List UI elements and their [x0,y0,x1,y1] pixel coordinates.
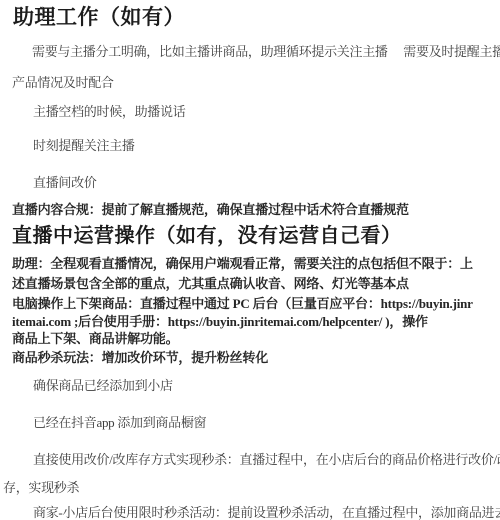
document-page: 助理工作（如有） 需要与主播分工明确，比如主播讲商品，助理循环提示关注主播 需要… [0,0,500,520]
seckill-method-line-2: 存，实现秒杀 [3,480,79,496]
assistant-duty-line-2: 产品情况及时配合 [12,75,114,91]
assistant-duty-speak: 主播空档的时候，助播说话 [33,104,185,120]
merchant-seckill-line: 商家-小店后台使用限时秒杀活动：提前设置秒杀活动，在直播过程中，添加商品进去 [33,505,500,520]
operation-detail-line-3: 电脑操作上下架商品：直播过程中通过 PC 后台（巨量百应平台：https://b… [12,296,473,312]
seckill-method-line-1: 直接使用改价/改库存方式实现秒杀：直播过程中，在小店后台的商品价格进行改价/改库 [33,452,500,468]
assistant-duty-price-change: 直播间改价 [33,175,97,191]
compliance-note: 直播内容合规：提前了解直播规范，确保直播过程中话术符合直播规范 [12,202,409,218]
operation-detail-line-4: itemai.com ;后台使用手册：https://buyin.jinrite… [12,314,428,330]
operation-detail-line-1: 助理：全程观看直播情况，确保用户端观看正常，需要关注的点包括但不限于：上 [12,256,473,272]
checklist-item-shop-added: 确保商品已经添加到小店 [33,378,173,394]
assistant-duty-remind-follow: 时刻提醒关注主播 [33,138,135,154]
checklist-item-showcase-added: 已经在抖音app 添加到商品橱窗 [33,415,206,431]
operation-detail-line-5: 商品上下架、商品讲解功能。 [12,331,178,347]
assistant-duty-line-1: 需要与主播分工明确，比如主播讲商品，助理循环提示关注主播 需要及时提醒主播节奏，… [32,44,500,60]
page-title: 助理工作（如有） [13,5,185,30]
operation-detail-line-6: 商品秒杀玩法：增加改价环节，提升粉丝转化 [12,350,268,366]
section-heading-live-operation: 直播中运营操作（如有，没有运营自己看） [12,224,402,248]
operation-detail-line-2: 述直播场景包含全部的重点，尤其重点确认收音、网络、灯光等基本点 [12,276,409,292]
